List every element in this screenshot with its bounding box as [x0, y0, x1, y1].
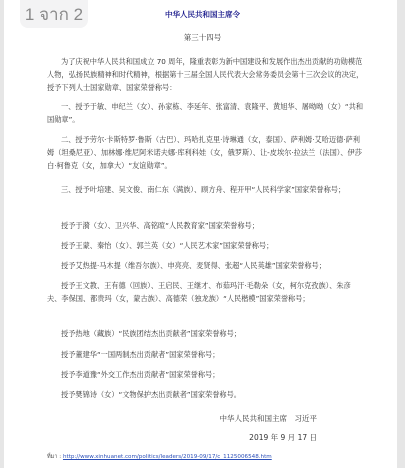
- source-line: ที่มา : http://www.xinhuanet.com/politic…: [47, 453, 272, 461]
- document-title: 中华人民共和国主席令: [0, 10, 405, 20]
- honor-hero-line: 授予艾热提·马木提（维吾尔族）、申亮亮、麦贤得、张超“人民英雄”国家荣誉称号；: [47, 259, 365, 272]
- honor-ethnic-unity-line: 授予热地（藏族）“民族团结杰出贡献者”国家荣誉称号；: [47, 327, 365, 340]
- source-link[interactable]: http://www.xinhuanet.com/politics/leader…: [63, 454, 272, 460]
- signature: 中华人民共和国主席 习近平: [117, 414, 317, 424]
- honor-one-country-line: 授予董建华“一国两制杰出贡献者”国家荣誉称号；: [47, 348, 365, 361]
- honor-diplomacy-line: 授予李道豫“外交工作杰出贡献者”国家荣誉称号；: [47, 368, 365, 381]
- viewer-scroll-gutter[interactable]: [397, 0, 405, 468]
- honor-model-paragraph: 授予王文教、王有德（回族）、王启民、王继才、布茹玛汗·毛勒朵（女，柯尔克孜族）、…: [47, 279, 365, 305]
- honor-artist-line: 授予王蒙、秦怡（女）、郭兰英（女）“人民艺术家”国家荣誉称号；: [47, 239, 365, 252]
- honor-educator-line: 授予于漪（女）、卫兴华、高铭暄“人民教育家”国家荣誉称号；: [47, 219, 365, 232]
- source-label: ที่มา :: [47, 454, 63, 460]
- intro-paragraph: 为了庆祝中华人民共和国成立 70 周年，隆重表彰为新中国建设和发展作出杰出贡献的…: [47, 55, 365, 94]
- item-3-paragraph: 三、授予叶培建、吴文俊、南仁东（满族）、顾方舟、程开甲“人民科学家”国家荣誉称号…: [47, 183, 365, 196]
- item-2-paragraph: 二、授予劳尔·卡斯特罗·鲁斯（古巴）、玛哈扎克里·诗琳通（女，泰国）、萨利姆·艾…: [47, 133, 365, 172]
- signature-date: 2019 年 9 月 17 日: [117, 433, 317, 443]
- order-number: 第三十四号: [0, 33, 405, 43]
- item-1-paragraph: 一、授予于敏、申纪兰（女）、孙家栋、李延年、张富清、袁隆平、黄旭华、屠呦呦（女）…: [47, 100, 365, 126]
- honor-heritage-line: 授予樊锦诗（女）“文物保护杰出贡献者”国家荣誉称号。: [47, 388, 365, 401]
